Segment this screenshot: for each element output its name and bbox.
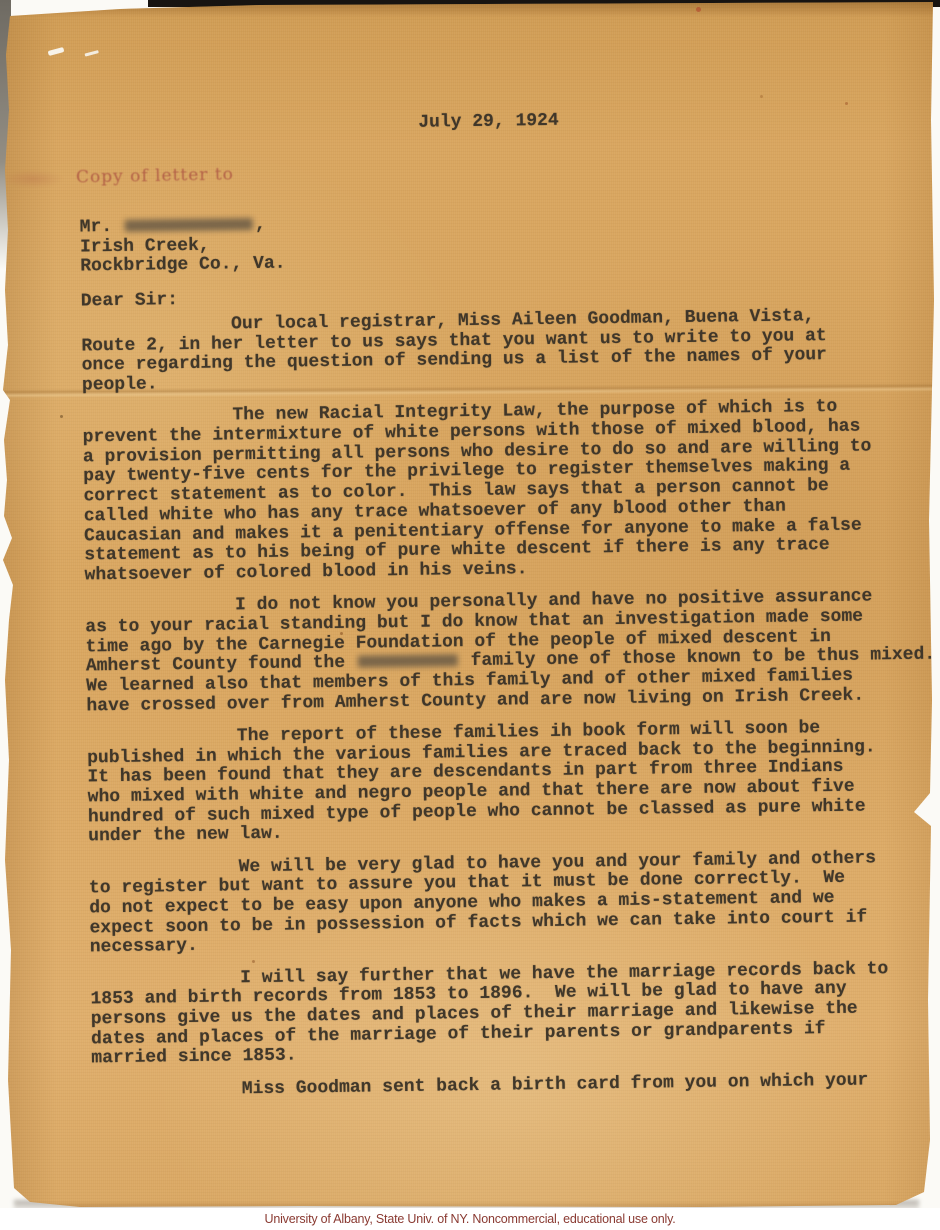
paragraph: The new Racial Integrity Law, the purpos… [82, 397, 934, 586]
paragraph: We will be very glad to have you and you… [89, 848, 940, 958]
paragraph: I do not know you personally and have no… [85, 587, 936, 717]
archive-caption-bar: University of Albany, State Univ. of NY.… [0, 1208, 940, 1230]
typed-line: Miss Goodman sent back a birth card from… [92, 1070, 940, 1102]
paragraph: Miss Goodman sent back a birth card from… [92, 1070, 940, 1102]
paragraph: I will say further that we have the marr… [90, 959, 940, 1069]
redaction-blur [358, 654, 458, 667]
stamp-ink-smudge [2, 170, 64, 188]
recipient-block: Mr. ,Irish Creek,Rockbridge Co., Va. [80, 216, 286, 278]
letter-date: July 29, 1924 [418, 112, 559, 134]
paragraph: Our local registrar, Miss Aileen Goodman… [81, 306, 931, 397]
letter-body: Our local registrar, Miss Aileen Goodman… [81, 306, 940, 1115]
redaction-blur [125, 218, 253, 232]
paper-damage-speck [48, 47, 65, 56]
typed-line: Rockbridge Co., Va. [80, 255, 285, 278]
salutation: Dear Sir: [81, 291, 178, 312]
typed-line: Mr. , [80, 216, 285, 239]
archive-caption: University of Albany, State Univ. of NY.… [265, 1212, 676, 1226]
letter-scan-page: Copy of letter to July 29, 1924 Mr. ,Iri… [0, 0, 940, 1208]
copy-of-letter-stamp: Copy of letter to [76, 164, 234, 187]
paragraph: The report of these families ih book for… [87, 717, 938, 847]
